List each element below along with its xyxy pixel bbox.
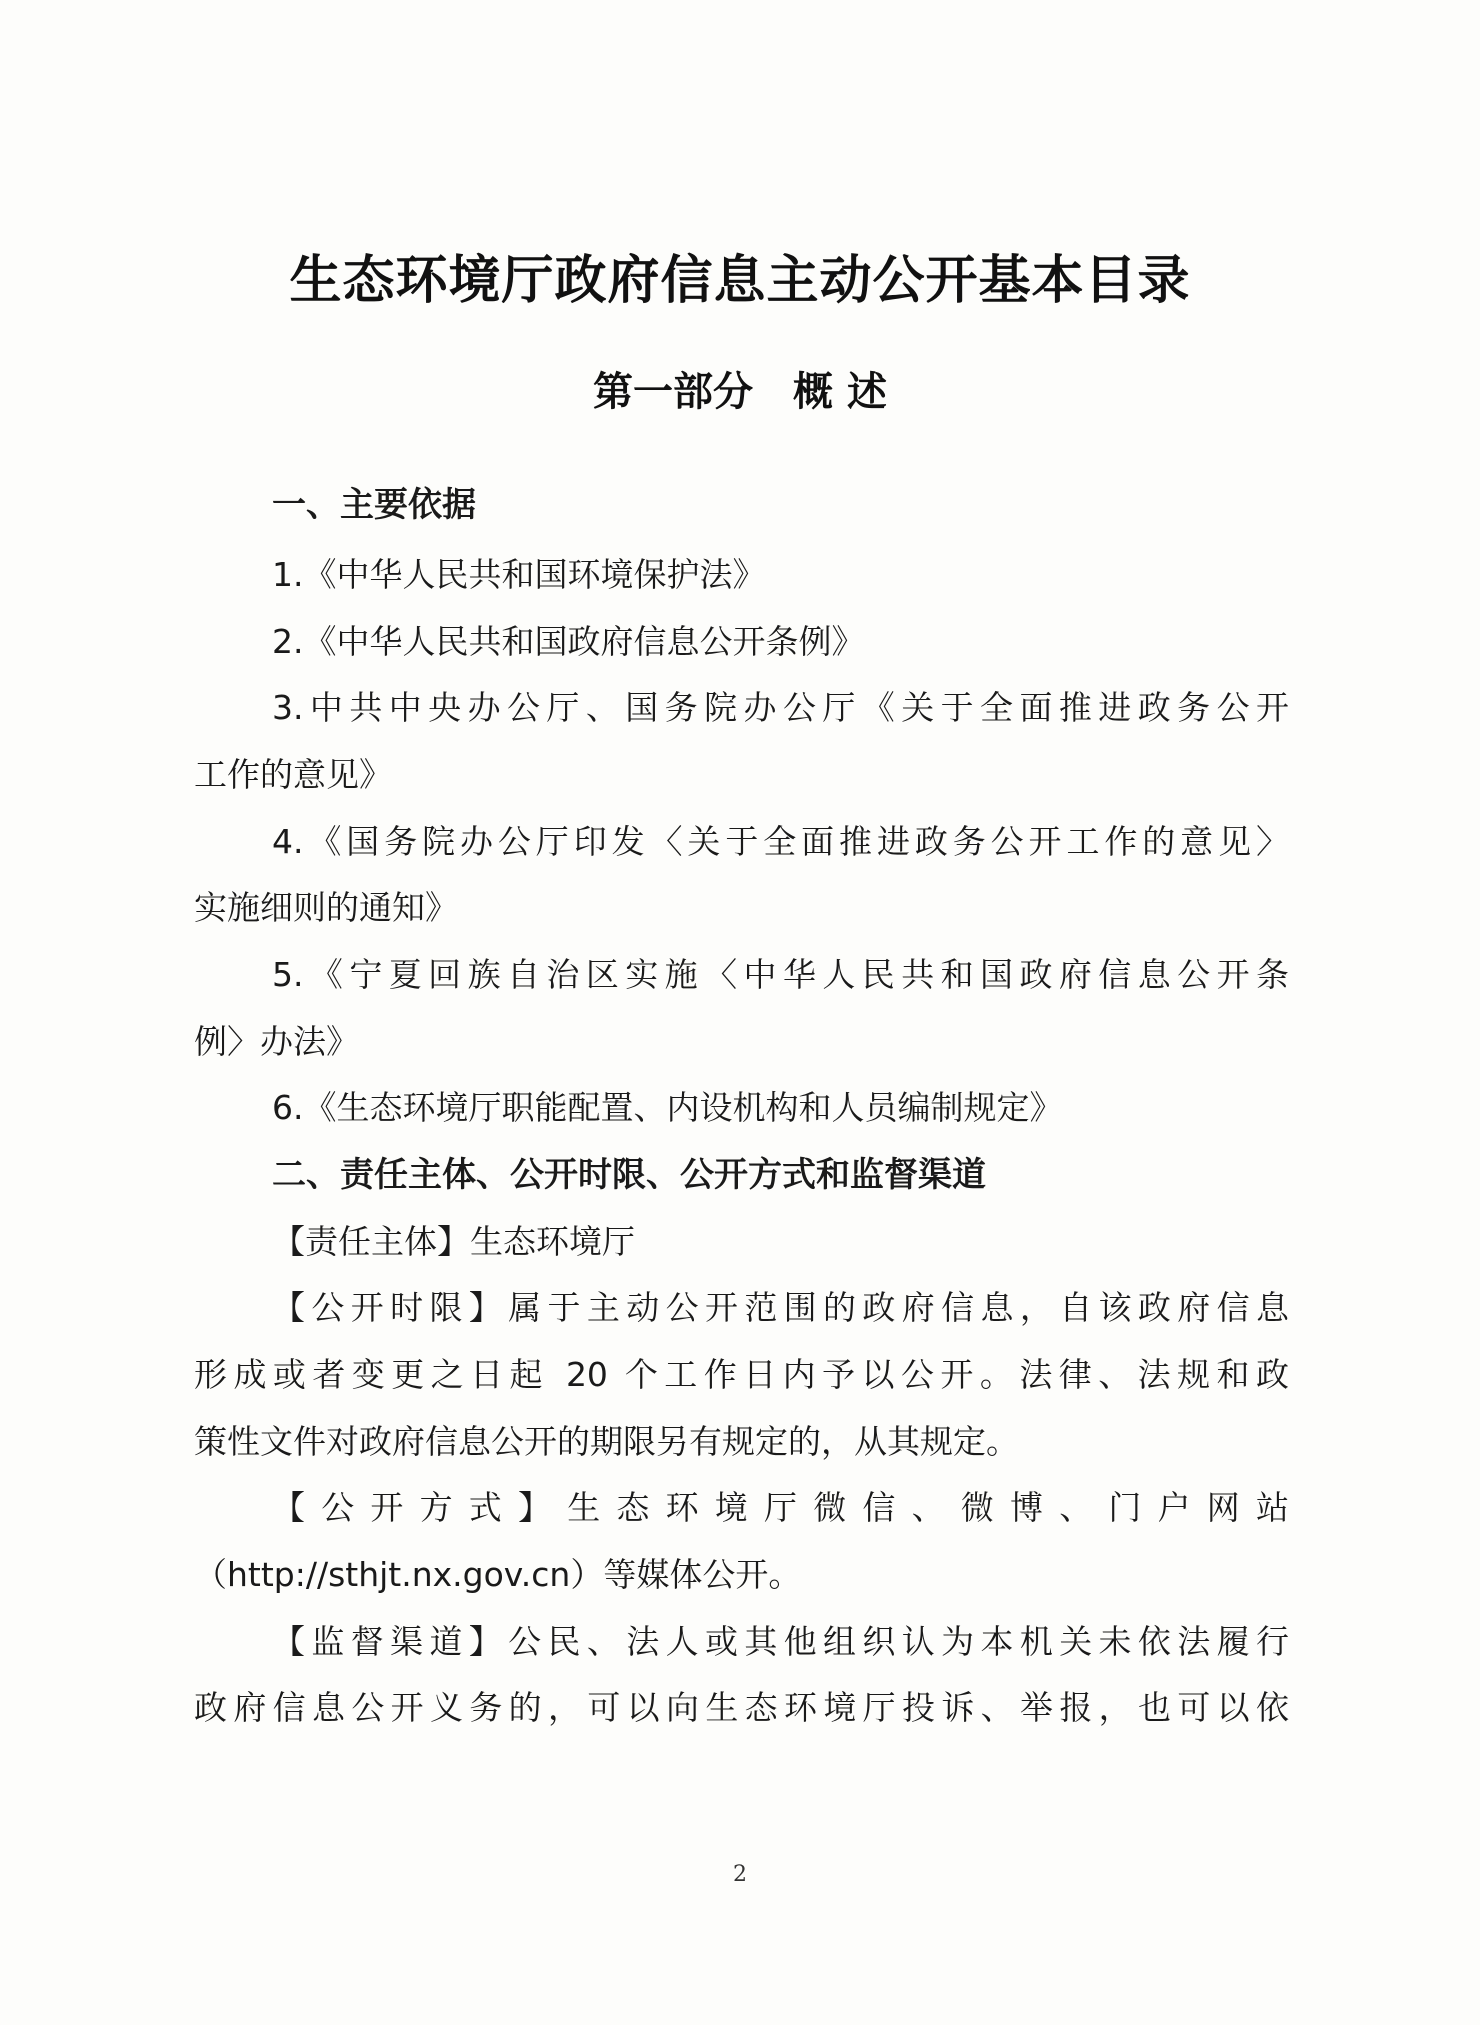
section-heading: 一、主要依据 [272,485,1289,525]
body-text-line: 1.《中华人民共和国环境保护法》 [272,555,1289,595]
body-text-line: 政府信息公开义务的，可以向生态环境厅投诉、举报，也可以依 [194,1688,1289,1728]
body-text-line: 6.《生态环境厅职能配置、内设机构和人员编制规定》 [272,1088,1289,1128]
body-text-line: 【公开方式】生态环境厅微信、微博、门户网站 [272,1488,1289,1528]
body-text-line: 例〉办法》 [194,1022,1289,1062]
body-text-line: 2.《中华人民共和国政府信息公开条例》 [272,622,1289,662]
body-text-line: 5.《宁夏回族自治区实施〈中华人民共和国政府信息公开条 [272,955,1289,995]
body-text-line: 【监督渠道】公民、法人或其他组织认为本机关未依法履行 [272,1622,1289,1662]
body-text-line: 3.中共中央办公厅、国务院办公厅《关于全面推进政务公开 [272,688,1289,728]
body-text-line: 【公开时限】属于主动公开范围的政府信息，自该政府信息 [272,1288,1289,1328]
section-heading: 二、责任主体、公开时限、公开方式和监督渠道 [272,1155,1289,1195]
body-text-line: 策性文件对政府信息公开的期限另有规定的，从其规定。 [194,1422,1289,1462]
body-text-line: 工作的意见》 [194,755,1289,795]
body-text-line: 【责任主体】生态环境厅 [272,1222,1289,1262]
document-page: 生态环境厅政府信息主动公开基本目录 第一部分 概 述 一、主要依据1.《中华人民… [0,0,1480,2025]
document-title: 生态环境厅政府信息主动公开基本目录 [0,238,1480,313]
body-text-line: 实施细则的通知》 [194,888,1289,928]
page-number: 2 [0,1862,1480,1887]
body-text-line: 4.《国务院办公厅印发〈关于全面推进政务公开工作的意见〉 [272,822,1289,862]
section-title: 第一部分 概 述 [0,360,1480,417]
body-text-line: （http://sthjt.nx.gov.cn）等媒体公开。 [194,1555,1289,1595]
body-text-line: 形成或者变更之日起 20 个工作日内予以公开。法律、法规和政 [194,1355,1289,1395]
